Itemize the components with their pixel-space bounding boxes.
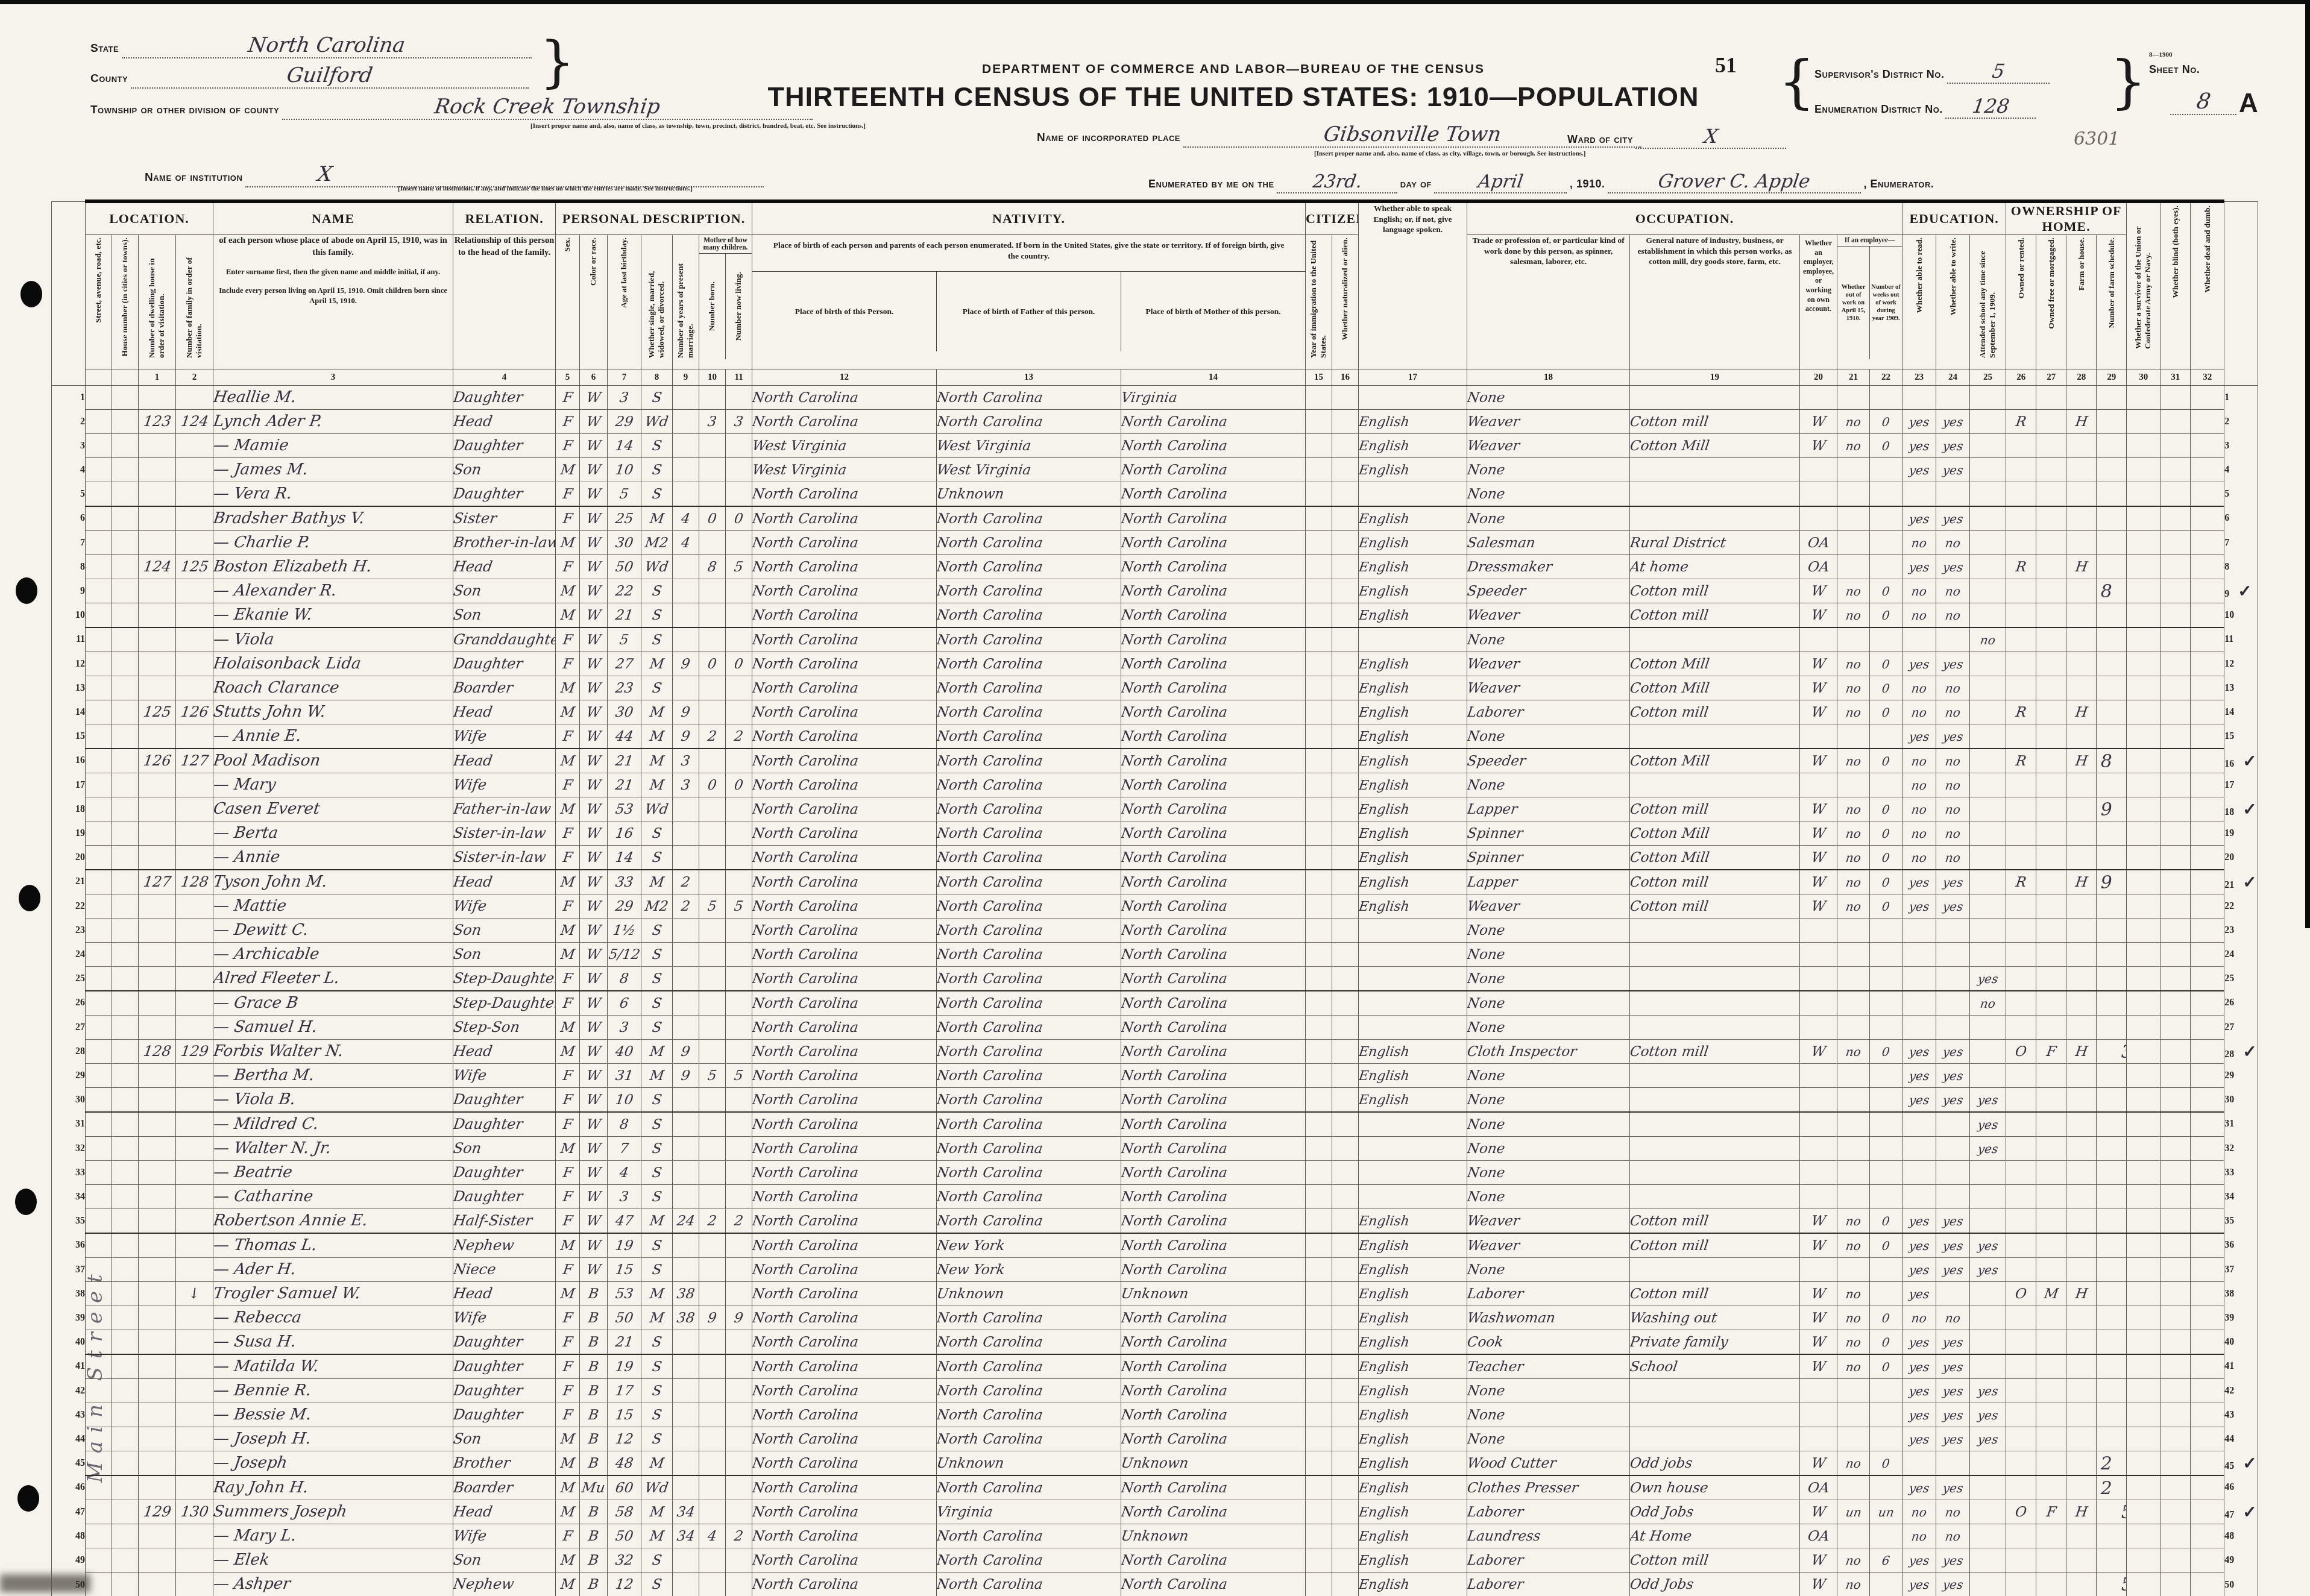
cell-en: English — [1359, 1451, 1467, 1476]
cell-fh — [2066, 967, 2097, 991]
cell-ym: 34 — [673, 1524, 699, 1548]
cell-fm: F — [2036, 1040, 2066, 1064]
cell-age: 30 — [608, 700, 641, 724]
cell-st — [86, 846, 112, 870]
cell-em: OA — [1800, 1475, 1837, 1500]
cell-sc — [1970, 749, 2006, 773]
cell-im — [1306, 1475, 1332, 1500]
cell-b2: North Carolina — [937, 506, 1121, 531]
cell-fh — [2066, 434, 2097, 458]
cell-rel: Boarder — [453, 676, 556, 700]
cell-fm — [2036, 1572, 2066, 1596]
cell-wr: no — [1936, 579, 1970, 603]
cell-fh — [2066, 1064, 2097, 1088]
cell-ind: School — [1630, 1354, 1800, 1379]
cell-b2: North Carolina — [937, 1185, 1121, 1209]
cell-fm — [2036, 434, 2066, 458]
cell-b2: West Virginia — [937, 458, 1121, 482]
cell-fam — [176, 894, 213, 919]
line-number-right: 28✓ — [2224, 1040, 2258, 1064]
cell-wk: 0 — [1870, 434, 1902, 458]
cell-co: B — [580, 1354, 608, 1379]
cell-ind: Cotton mill — [1630, 1233, 1800, 1258]
cell-st — [86, 1403, 112, 1427]
cell-fam — [176, 1088, 213, 1113]
cell-ma: S — [641, 846, 673, 870]
line-number-left: 16 — [52, 749, 86, 773]
cell-ind — [1630, 1403, 1800, 1427]
state-value: North Carolina — [247, 33, 406, 57]
supervisor-district-value: 5 — [1991, 60, 2006, 83]
cell-hs — [112, 1185, 139, 1209]
table-row: 33— BeatrieDaughterFW4SNorth CarolinaNor… — [52, 1161, 2258, 1185]
cell-tr: Speeder — [1467, 749, 1630, 773]
cell-age: 5 — [608, 627, 641, 652]
cell-sc — [1970, 482, 2006, 507]
table-row: 42— Bennie R.DaughterFB17SNorth Carolina… — [52, 1379, 2258, 1403]
cell-fm — [2036, 1354, 2066, 1379]
cell-df — [2191, 967, 2224, 991]
cell-hs — [112, 676, 139, 700]
cell-bd — [2161, 1306, 2191, 1330]
cell-b1: North Carolina — [752, 1475, 937, 1500]
cell-na — [1332, 1185, 1359, 1209]
cell-b2: North Carolina — [937, 627, 1121, 652]
cell-dw — [139, 1475, 176, 1500]
cell-vt — [2127, 434, 2161, 458]
cell-ma: M — [641, 1282, 673, 1306]
cell-fm — [2036, 555, 2066, 579]
cell-age: 50 — [608, 1306, 641, 1330]
cell-na — [1332, 1209, 1359, 1234]
cell-wk — [1870, 1161, 1902, 1185]
column-header-employee-group: If an employee— Whether out of work on A… — [1837, 235, 1902, 369]
cell-age: 29 — [608, 894, 641, 919]
cell-age: 21 — [608, 749, 641, 773]
cell-tr: None — [1467, 724, 1630, 749]
cell-vt — [2127, 894, 2161, 919]
cell-na — [1332, 894, 1359, 919]
cell-b1: North Carolina — [752, 1427, 937, 1451]
cell-wr: yes — [1936, 1330, 1970, 1355]
cell-st — [86, 506, 112, 531]
cell-fm — [2036, 1233, 2066, 1258]
cell-em — [1800, 1137, 1837, 1161]
cell-on — [2006, 579, 2036, 603]
cell-ym — [673, 458, 699, 482]
cell-fm — [2036, 846, 2066, 870]
cell-ind: At home — [1630, 555, 1800, 579]
cell-st — [86, 1354, 112, 1379]
cell-b2: North Carolina — [937, 652, 1121, 676]
cell-fh — [2066, 506, 2097, 531]
cell-cl — [726, 749, 752, 773]
cell-ym: 38 — [673, 1282, 699, 1306]
cell-fs — [2097, 1379, 2127, 1403]
cell-na — [1332, 1524, 1359, 1548]
cell-im — [1306, 531, 1332, 555]
cell-ym: 24 — [673, 1209, 699, 1234]
cell-name: — Ader H. — [213, 1258, 453, 1282]
cell-ma: M — [641, 724, 673, 749]
cell-cb: 2 — [699, 1209, 726, 1234]
cell-on — [2006, 1137, 2036, 1161]
cell-fs — [2097, 482, 2127, 507]
cell-fm — [2036, 1403, 2066, 1427]
cell-fh: H — [2066, 410, 2097, 434]
cell-im — [1306, 1258, 1332, 1282]
cell-wk — [1870, 1403, 1902, 1427]
cell-ym — [673, 822, 699, 846]
cell-en: English — [1359, 676, 1467, 700]
cell-fam — [176, 1185, 213, 1209]
cell-ow — [1837, 724, 1870, 749]
cell-on — [2006, 386, 2036, 410]
cell-co: B — [580, 1572, 608, 1596]
cell-name: — Joseph — [213, 1451, 453, 1476]
cell-on — [2006, 894, 2036, 919]
cell-st — [86, 1016, 112, 1040]
cell-im — [1306, 458, 1332, 482]
cell-dw: 128 — [139, 1040, 176, 1064]
cell-on — [2006, 434, 2036, 458]
cell-fam — [176, 1258, 213, 1282]
cell-fh — [2066, 676, 2097, 700]
cell-fam — [176, 846, 213, 870]
line-number-left: 7 — [52, 531, 86, 555]
cell-ind: Cotton mill — [1630, 700, 1800, 724]
cell-wk — [1870, 627, 1902, 652]
cell-dw — [139, 943, 176, 967]
cell-wk — [1870, 991, 1902, 1016]
cell-fam — [176, 458, 213, 482]
cell-st — [86, 1233, 112, 1258]
cell-ind — [1630, 1185, 1800, 1209]
cell-na — [1332, 1500, 1359, 1524]
cell-hs — [112, 1016, 139, 1040]
cell-st — [86, 1475, 112, 1500]
cell-st — [86, 434, 112, 458]
cell-vt — [2127, 1572, 2161, 1596]
cell-na — [1332, 555, 1359, 579]
cell-dw — [139, 1161, 176, 1185]
cell-vt — [2127, 773, 2161, 797]
cell-co: W — [580, 482, 608, 507]
cell-hs — [112, 1500, 139, 1524]
cell-tr: None — [1467, 1403, 1630, 1427]
cell-dw — [139, 1451, 176, 1476]
line-number-left: 23 — [52, 919, 86, 943]
cell-co: B — [580, 1330, 608, 1355]
cell-en: English — [1359, 1354, 1467, 1379]
cell-age: 40 — [608, 1040, 641, 1064]
cell-fam — [176, 1233, 213, 1258]
cell-b1: North Carolina — [752, 627, 937, 652]
cell-dw — [139, 1209, 176, 1234]
cell-cl — [726, 943, 752, 967]
line-number-right: 20 — [2224, 846, 2258, 870]
cell-ma: Wd — [641, 1475, 673, 1500]
cell-b1: North Carolina — [752, 482, 937, 507]
cell-cl: 3 — [726, 410, 752, 434]
cell-im — [1306, 724, 1332, 749]
cell-cl: 5 — [726, 894, 752, 919]
column-number-wk: 22 — [1870, 369, 1902, 386]
cell-b1: North Carolina — [752, 822, 937, 846]
cell-name: — Elek — [213, 1548, 453, 1572]
column-header-industry: General nature of industry, business, or… — [1630, 235, 1800, 369]
cell-vt — [2127, 1233, 2161, 1258]
cell-sc: yes — [1970, 1427, 2006, 1451]
cell-name: — Annie E. — [213, 724, 453, 749]
line-number-left: 34 — [52, 1185, 86, 1209]
cell-wk: 0 — [1870, 700, 1902, 724]
cell-sex: M — [556, 700, 580, 724]
line-number-right: 15 — [2224, 724, 2258, 749]
cell-im — [1306, 1088, 1332, 1113]
cell-ym — [673, 434, 699, 458]
cell-b1: North Carolina — [752, 1403, 937, 1427]
cell-wk: 0 — [1870, 652, 1902, 676]
cell-wr: yes — [1936, 870, 1970, 894]
cell-cl — [726, 434, 752, 458]
group-relation: RELATION. — [453, 201, 556, 235]
cell-fam — [176, 919, 213, 943]
cell-tr: None — [1467, 919, 1630, 943]
cell-im — [1306, 967, 1332, 991]
cell-co: W — [580, 434, 608, 458]
township-value: Rock Creek Township — [433, 95, 662, 119]
column-header-name: of each person whose place of abode on A… — [213, 235, 453, 369]
cell-bd — [2161, 1548, 2191, 1572]
cell-b2: North Carolina — [937, 919, 1121, 943]
cell-en — [1359, 1016, 1467, 1040]
cell-cl: 2 — [726, 1209, 752, 1234]
cell-sex: F — [556, 627, 580, 652]
cell-co: W — [580, 627, 608, 652]
cell-im — [1306, 870, 1332, 894]
cell-fs — [2097, 676, 2127, 700]
cell-wr — [1936, 943, 1970, 967]
cell-fam — [176, 967, 213, 991]
cell-co: B — [580, 1524, 608, 1548]
cell-dw — [139, 1330, 176, 1355]
cell-b2: North Carolina — [937, 1403, 1121, 1427]
cell-em: W — [1800, 700, 1837, 724]
cell-en: English — [1359, 1282, 1467, 1306]
line-number-left: 42 — [52, 1379, 86, 1403]
cell-ow: no — [1837, 1282, 1870, 1306]
cell-rel: Daughter — [453, 1354, 556, 1379]
margin-annotation: 3 2 7 X — [2097, 1478, 2127, 1499]
cell-fh — [2066, 1475, 2097, 1500]
cell-co: W — [580, 870, 608, 894]
cell-im — [1306, 1548, 1332, 1572]
cell-na — [1332, 1282, 1359, 1306]
cell-b1: North Carolina — [752, 724, 937, 749]
cell-tr: None — [1467, 1161, 1630, 1185]
cell-fm — [2036, 943, 2066, 967]
cell-bd — [2161, 870, 2191, 894]
line-number-left: 31 — [52, 1112, 86, 1137]
cell-fam — [176, 1354, 213, 1379]
cell-cb — [699, 943, 726, 967]
cell-ma: S — [641, 1161, 673, 1185]
cell-df — [2191, 1282, 2224, 1306]
cell-en: English — [1359, 1475, 1467, 1500]
cell-ym — [673, 410, 699, 434]
cell-tr: Washwoman — [1467, 1306, 1630, 1330]
cell-na — [1332, 967, 1359, 991]
cell-en: English — [1359, 1258, 1467, 1282]
cell-ma: S — [641, 967, 673, 991]
cell-en: English — [1359, 1330, 1467, 1355]
cell-cb — [699, 676, 726, 700]
cell-sex: M — [556, 919, 580, 943]
line-number-right: 47✓ — [2224, 1500, 2258, 1524]
check-mark: ✓ — [2242, 1502, 2256, 1522]
cell-hs — [112, 724, 139, 749]
cell-sex: M — [556, 943, 580, 967]
cell-b1: North Carolina — [752, 1064, 937, 1088]
cell-dw — [139, 1258, 176, 1282]
cell-bd — [2161, 894, 2191, 919]
cell-fs — [2097, 1354, 2127, 1379]
table-row: 11— ViolaGranddaughterFW5SNorth Carolina… — [52, 627, 2258, 652]
cell-age: 6 — [608, 991, 641, 1016]
cell-bd — [2161, 1403, 2191, 1427]
cell-em — [1800, 773, 1837, 797]
cell-sex: M — [556, 1451, 580, 1476]
cell-na — [1332, 603, 1359, 628]
cell-ow — [1837, 531, 1870, 555]
cell-b1: North Carolina — [752, 410, 937, 434]
cell-sc — [1970, 1282, 2006, 1306]
cell-age: 3 — [608, 386, 641, 410]
cell-sc — [1970, 676, 2006, 700]
cell-b1: North Carolina — [752, 870, 937, 894]
cell-rel: Half-Sister — [453, 1209, 556, 1234]
cell-en: English — [1359, 434, 1467, 458]
cell-b3: North Carolina — [1121, 1209, 1306, 1234]
cell-df — [2191, 749, 2224, 773]
cell-vt — [2127, 458, 2161, 482]
cell-ym — [673, 1354, 699, 1379]
cell-cb: 2 — [699, 724, 726, 749]
cell-st — [86, 1185, 112, 1209]
cell-vt — [2127, 846, 2161, 870]
cell-ow — [1837, 1475, 1870, 1500]
line-number-column-right — [2224, 201, 2258, 386]
cell-em — [1800, 1112, 1837, 1137]
cell-b1: North Carolina — [752, 1306, 937, 1330]
column-header-sex: Sex. — [556, 235, 580, 369]
cell-b3: North Carolina — [1121, 1064, 1306, 1088]
cell-on — [2006, 1209, 2036, 1234]
cell-wr: yes — [1936, 724, 1970, 749]
cell-vt — [2127, 1209, 2161, 1234]
cell-dw — [139, 846, 176, 870]
table-row: 28128129Forbis Walter N.HeadMW40M9North … — [52, 1040, 2258, 1064]
cell-em — [1800, 919, 1837, 943]
cell-b1: North Carolina — [752, 1572, 937, 1596]
cell-vt — [2127, 1403, 2161, 1427]
cell-fs — [2097, 1330, 2127, 1355]
cell-df — [2191, 991, 2224, 1016]
cell-ym — [673, 676, 699, 700]
cell-vt — [2127, 1016, 2161, 1040]
cell-rd — [1902, 943, 1936, 967]
cell-b2: North Carolina — [937, 1524, 1121, 1548]
cell-co: W — [580, 1112, 608, 1137]
cell-hs — [112, 1282, 139, 1306]
cell-sc: no — [1970, 991, 2006, 1016]
cell-wk: 0 — [1870, 1451, 1902, 1476]
cell-sex: M — [556, 676, 580, 700]
cell-fh — [2066, 822, 2097, 846]
cell-fm — [2036, 1112, 2066, 1137]
cell-fh — [2066, 1137, 2097, 1161]
cell-fs — [2097, 1306, 2127, 1330]
cell-name: — Viola B. — [213, 1088, 453, 1113]
cell-cb: 9 — [699, 1306, 726, 1330]
group-education: EDUCATION. — [1902, 201, 2006, 235]
cell-ma: M — [641, 1209, 673, 1234]
cell-on: R — [2006, 870, 2036, 894]
cell-on — [2006, 1427, 2036, 1451]
cell-ind — [1630, 1379, 1800, 1403]
cell-im — [1306, 482, 1332, 507]
cell-fh: H — [2066, 1282, 2097, 1306]
cell-hs — [112, 386, 139, 410]
cell-co: W — [580, 555, 608, 579]
cell-rel: Head — [453, 870, 556, 894]
cell-bd — [2161, 531, 2191, 555]
cell-sex: F — [556, 1161, 580, 1185]
cell-rd: no — [1902, 531, 1936, 555]
cell-tr: Lapper — [1467, 797, 1630, 822]
cell-b3: North Carolina — [1121, 676, 1306, 700]
cell-b1: North Carolina — [752, 749, 937, 773]
cell-st — [86, 652, 112, 676]
column-number-rel: 4 — [453, 369, 556, 386]
cell-im — [1306, 1185, 1332, 1209]
cell-rel: Wife — [453, 1306, 556, 1330]
cell-b3: North Carolina — [1121, 410, 1306, 434]
table-row: 9— Alexander R.SonMW22SNorth CarolinaNor… — [52, 579, 2258, 603]
cell-cl: 5 — [726, 555, 752, 579]
cell-b3: North Carolina — [1121, 943, 1306, 967]
cell-ow: no — [1837, 1572, 1870, 1596]
cell-name: — Beatrie — [213, 1161, 453, 1185]
cell-hs — [112, 967, 139, 991]
cell-on — [2006, 991, 2036, 1016]
cell-wr: no — [1936, 749, 1970, 773]
cell-df — [2191, 1427, 2224, 1451]
cell-em: W — [1800, 846, 1837, 870]
cell-hs — [112, 943, 139, 967]
cell-im — [1306, 652, 1332, 676]
cell-rel: Daughter — [453, 1185, 556, 1209]
cell-b1: North Carolina — [752, 1185, 937, 1209]
cell-ind: Cotton mill — [1630, 797, 1800, 822]
cell-vt — [2127, 700, 2161, 724]
cell-age: 16 — [608, 822, 641, 846]
cell-bd — [2161, 919, 2191, 943]
cell-b1: North Carolina — [752, 797, 937, 822]
column-number-dw: 1 — [139, 369, 176, 386]
cell-b3: North Carolina — [1121, 967, 1306, 991]
